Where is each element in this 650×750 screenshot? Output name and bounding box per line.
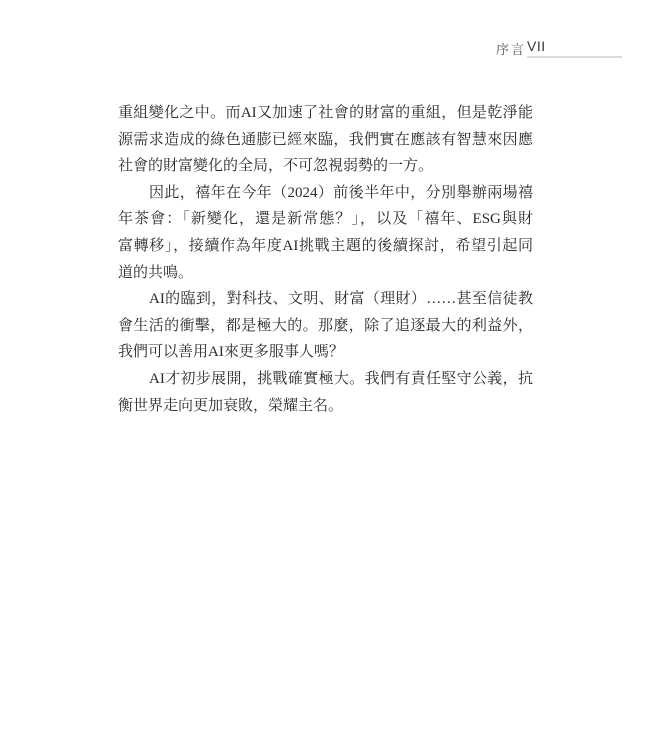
- text-line: AI才初步展開，挑戰確實極大。我們有責任堅守公義，抗: [118, 366, 533, 393]
- text-line: 年茶會：「新變化，還是新常態？」，以及「禧年、ESG與財: [118, 206, 533, 233]
- book-page: 序言 VII 重組變化之中。而AI又加速了社會的財富的重組，但是乾淨能 源需求造…: [0, 0, 650, 750]
- header-page-number: VII: [527, 38, 546, 54]
- header-section-title: 序言: [496, 39, 526, 58]
- body-text-block: 重組變化之中。而AI又加速了社會的財富的重組，但是乾淨能 源需求造成的綠色通膨已…: [118, 100, 533, 419]
- text-line: 道的共鳴。: [118, 260, 533, 287]
- text-line: 因此，禧年在今年（2024）前後半年中，分別舉辦兩場禧: [118, 180, 533, 207]
- text-line: 我們可以善用AI來更多服事人嗎？: [118, 339, 533, 366]
- text-line: 重組變化之中。而AI又加速了社會的財富的重組，但是乾淨能: [118, 100, 533, 127]
- text-line: 富轉移」，接續作為年度AI挑戰主題的後續探討，希望引起同: [118, 233, 533, 260]
- header-rule-divider: [527, 56, 622, 58]
- text-line: 衡世界走向更加衰敗，榮耀主名。: [118, 393, 533, 420]
- text-line: AI的臨到，對科技、文明、財富（理財）……甚至信徒教: [118, 286, 533, 313]
- text-line: 會生活的衝擊，都是極大的。那麼，除了追逐最大的利益外，: [118, 313, 533, 340]
- text-line: 源需求造成的綠色通膨已經來臨，我們實在應該有智慧來因應: [118, 127, 533, 154]
- text-line: 社會的財富變化的全局，不可忽視弱勢的一方。: [118, 153, 533, 180]
